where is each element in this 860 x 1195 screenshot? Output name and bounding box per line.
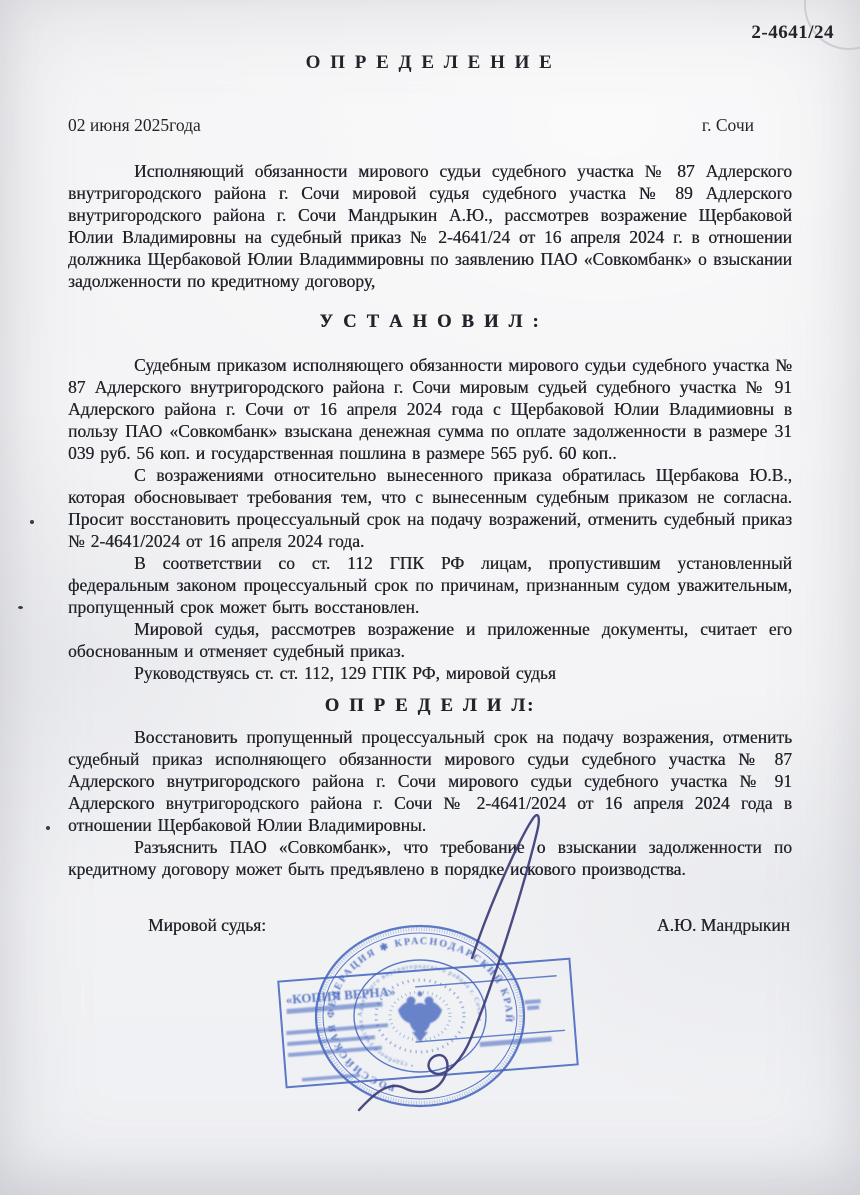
document-title: О П Р Е Д Е Л Е Н И Е — [0, 52, 860, 74]
ustanovil-paragraph: С возражениями относительно вынесенного … — [68, 464, 792, 552]
scanned-court-document: { "page": { "case_number": "2-4641/24", … — [0, 0, 860, 1195]
opredelil-heading: О П Р Е Д Е Л И Л: — [68, 694, 792, 718]
ustanovil-paragraph: В соответствии со ст. 112 ГПК РФ лицам, … — [68, 552, 792, 618]
scan-speck — [18, 606, 23, 609]
scan-speck — [30, 520, 34, 524]
case-number: 2-4641/24 — [751, 22, 834, 44]
stamps-and-signature: РОССИЙСКАЯ ФЕДЕРАЦИЯ ✱ КРАСНОДАРСКИЙ КРА… — [250, 780, 660, 1180]
judge-role-label: Мировой судья: — [68, 915, 266, 936]
judge-name: А.Ю. Мандрыкин — [657, 915, 792, 936]
eagle-emblem-icon — [398, 992, 442, 1043]
scan-speck — [46, 826, 50, 830]
document-city: г. Сочи — [702, 115, 792, 136]
document-date: 02 июня 2025года — [68, 115, 201, 136]
date-row: 02 июня 2025года г. Сочи — [68, 115, 792, 136]
ustanovil-paragraph: Мировой судья, рассмотрев возражение и п… — [68, 618, 792, 662]
document-body: Исполняющий обязанности мирового судьи с… — [68, 160, 792, 880]
ustanovil-paragraph: Руководствуясь ст. ст. 112, 129 ГПК РФ, … — [68, 662, 792, 684]
ustanovil-paragraph: Судебным приказом исполняющего обязаннос… — [68, 354, 792, 464]
intro-paragraph: Исполняющий обязанности мирового судьи с… — [68, 160, 792, 292]
ustanovil-heading: У С Т А Н О В И Л : — [68, 310, 792, 334]
